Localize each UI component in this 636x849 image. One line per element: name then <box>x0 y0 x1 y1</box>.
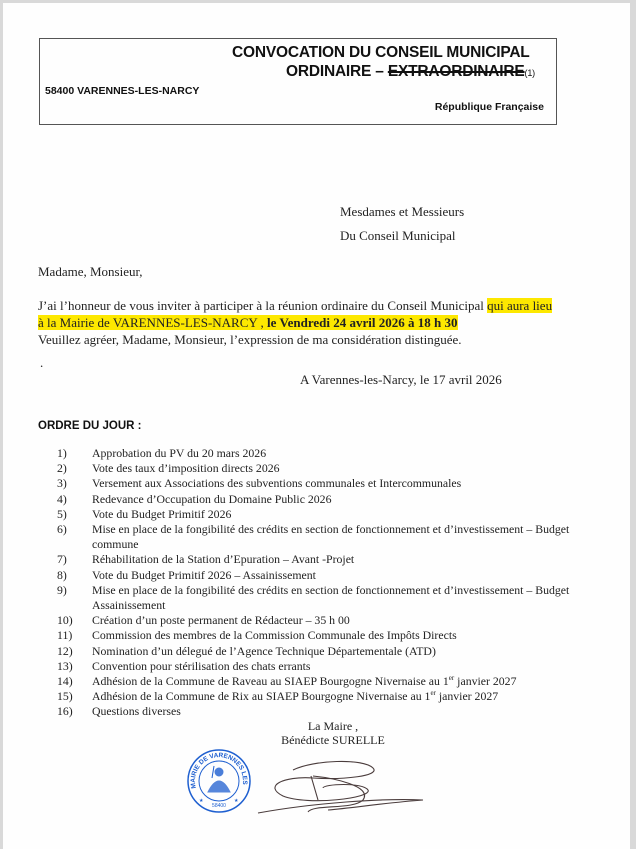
agenda-item-text: Vote du Budget Primitif 2026 <box>92 507 617 522</box>
session-type-extraordinary-struck: EXTRAORDINAIRE <box>388 63 525 80</box>
svg-text:★: ★ <box>234 798 239 804</box>
agenda-item: 15)Adhésion de la Commune de Rix au SIAE… <box>57 689 617 704</box>
session-type: ORDINAIRE – EXTRAORDINAIRE(1) <box>286 63 535 81</box>
signatory-name: Bénédicte SURELLE <box>273 733 393 747</box>
agenda-item-number: 15) <box>57 689 92 704</box>
salutation: Madame, Monsieur, <box>38 264 143 280</box>
header-box: CONVOCATION DU CONSEIL MUNICIPAL ORDINAI… <box>39 38 557 125</box>
agenda-item-number: 12) <box>57 644 92 659</box>
agenda-item-number: 4) <box>57 492 92 507</box>
agenda-title: ORDRE DU JOUR : <box>38 420 142 432</box>
agenda-item-number: 7) <box>57 552 92 567</box>
agenda-item: 8)Vote du Budget Primitif 2026 – Assaini… <box>57 568 617 583</box>
signatory-block: La Maire , Bénédicte SURELLE <box>273 719 393 747</box>
invite-highlight-1: qui aura lieu <box>487 298 552 313</box>
agenda-item: 1)Approbation du PV du 20 mars 2026 <box>57 446 617 461</box>
agenda-list: 1)Approbation du PV du 20 mars 20262)Vot… <box>57 446 617 720</box>
republique-label: République Française <box>435 101 544 113</box>
document-page: CONVOCATION DU CONSEIL MUNICIPAL ORDINAI… <box>3 3 630 849</box>
agenda-item-text: Vote des taux d’imposition directs 2026 <box>92 461 617 476</box>
agenda-item-number: 14) <box>57 674 92 689</box>
agenda-item-text: Vote du Budget Primitif 2026 – Assainiss… <box>92 568 617 583</box>
mairie-stamp-icon: MAIRIE DE VARENNES LES NARCY 58400 ★ ★ <box>186 748 252 814</box>
agenda-item-text: Questions diverses <box>92 704 617 719</box>
agenda-item-number: 5) <box>57 507 92 522</box>
agenda-item-text: Convention pour stérilisation des chats … <box>92 659 617 674</box>
agenda-item-text: Mise en place de la fongibilité des créd… <box>92 583 617 613</box>
agenda-item-number: 9) <box>57 583 92 613</box>
agenda-item: 4)Redevance d’Occupation du Domaine Publ… <box>57 492 617 507</box>
closing-formula: Veuillez agréer, Madame, Monsieur, l’exp… <box>38 332 462 347</box>
svg-text:58400: 58400 <box>212 803 226 809</box>
invite-text: J’ai l’honneur de vous inviter à partici… <box>38 298 487 313</box>
agenda-item-number: 6) <box>57 522 92 552</box>
agenda-item: 6)Mise en place de la fongibilité des cr… <box>57 522 617 552</box>
agenda-item-text: Redevance d’Occupation du Domaine Public… <box>92 492 617 507</box>
meeting-datetime: le Vendredi 24 avril 2026 à 18 h 30 <box>267 315 457 330</box>
signatory-role: La Maire , <box>273 719 393 733</box>
agenda-item: 12)Nomination d’un délegué de l’Agence T… <box>57 644 617 659</box>
agenda-item-number: 11) <box>57 628 92 643</box>
agenda-item-number: 8) <box>57 568 92 583</box>
commune-address: 58400 VARENNES-LES-NARCY <box>45 85 199 97</box>
agenda-item: 13)Convention pour stérilisation des cha… <box>57 659 617 674</box>
agenda-item-number: 13) <box>57 659 92 674</box>
agenda-item: 5)Vote du Budget Primitif 2026 <box>57 507 617 522</box>
agenda-item-number: 16) <box>57 704 92 719</box>
place-and-date: A Varennes-les-Narcy, le 17 avril 2026 <box>300 372 502 388</box>
invite-highlight-2: à la Mairie de VARENNES-LES-NARCY , <box>38 315 267 330</box>
agenda-item-text: Création d’un poste permanent de Rédacte… <box>92 613 617 628</box>
agenda-item-number: 10) <box>57 613 92 628</box>
agenda-item-number: 3) <box>57 476 92 491</box>
agenda-item-text: Commission des membres de la Commission … <box>92 628 617 643</box>
agenda-item-text: Réhabilitation de la Station d’Epuration… <box>92 552 617 567</box>
agenda-item: 3)Versement aux Associations des subvent… <box>57 476 617 491</box>
agenda-item: 7)Réhabilitation de la Station d’Epurati… <box>57 552 617 567</box>
invitation-paragraph: J’ai l’honneur de vous inviter à partici… <box>38 297 608 348</box>
agenda-item-text: Mise en place de la fongibilité des créd… <box>92 522 617 552</box>
agenda-item-number: 2) <box>57 461 92 476</box>
agenda-item-text: Nomination d’un délegué de l’Agence Tech… <box>92 644 617 659</box>
agenda-item-text: Adhésion de la Commune de Rix au SIAEP B… <box>92 689 617 704</box>
agenda-item: 11)Commission des membres de la Commissi… <box>57 628 617 643</box>
agenda-item-text: Versement aux Associations des subventio… <box>92 476 617 491</box>
svg-text:★: ★ <box>199 798 204 804</box>
session-type-ordinary: ORDINAIRE – <box>286 63 388 80</box>
agenda-item-text: Approbation du PV du 20 mars 2026 <box>92 446 617 461</box>
agenda-item: 9)Mise en place de la fongibilité des cr… <box>57 583 617 613</box>
document-title: CONVOCATION DU CONSEIL MUNICIPAL <box>232 44 530 62</box>
agenda-item: 10)Création d’un poste permanent de Réda… <box>57 613 617 628</box>
stray-dot: . <box>40 355 43 371</box>
recipients-line1: Mesdames et Messieurs <box>340 200 464 224</box>
agenda-item-number: 1) <box>57 446 92 461</box>
recipients-block: Mesdames et Messieurs Du Conseil Municip… <box>340 200 464 248</box>
agenda-item-text: Adhésion de la Commune de Raveau au SIAE… <box>92 674 617 689</box>
recipients-line2: Du Conseil Municipal <box>340 224 464 248</box>
agenda-item: 16)Questions diverses <box>57 704 617 719</box>
agenda-item: 14)Adhésion de la Commune de Raveau au S… <box>57 674 617 689</box>
signature-icon <box>253 758 433 818</box>
agenda-item: 2)Vote des taux d’imposition directs 202… <box>57 461 617 476</box>
footnote-marker: (1) <box>525 68 535 78</box>
